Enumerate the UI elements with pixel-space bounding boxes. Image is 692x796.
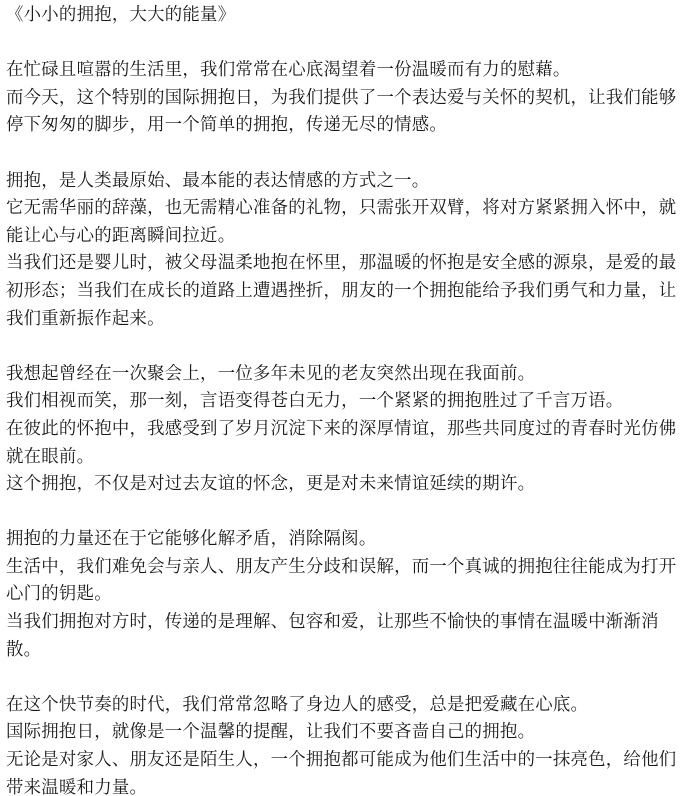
text-line: 拥抱，是人类最原始、最本能的表达情感的方式之一。 bbox=[6, 168, 688, 196]
paragraph-1: 在忙碌且喧嚣的生活里，我们常常在心底渴望着一份温暖而有力的慰藉。 而今天，这个特… bbox=[6, 57, 688, 140]
text-line: 无论是对家人、朋友还是陌生人，一个拥抱都可能成为他们生活中的一抹亮色，给他们 bbox=[6, 747, 688, 775]
text-line: 这个拥抱，不仅是对过去友谊的怀念，更是对未来情谊延续的期许。 bbox=[6, 471, 688, 499]
text-line: 当我们还是婴儿时，被父母温柔地抱在怀里，那温暖的怀抱是安全感的源泉，是爱的最 bbox=[6, 250, 688, 278]
text-line: 带来温暖和力量。 bbox=[6, 775, 688, 796]
text-line: 散。 bbox=[6, 637, 688, 665]
text-line: 心门的钥匙。 bbox=[6, 581, 688, 609]
text-line: 它无需华丽的辞藻，也无需精心准备的礼物，只需张开双臂，将对方紧紧拥入怀中，就 bbox=[6, 195, 688, 223]
paragraph-4: 拥抱的力量还在于它能够化解矛盾，消除隔阂。 生活中，我们难免会与亲人、朋友产生分… bbox=[6, 526, 688, 664]
spacer bbox=[6, 664, 688, 692]
paragraph-5: 在这个快节奏的时代，我们常常忽略了身边人的感受，总是把爱藏在心底。 国际拥抱日，… bbox=[6, 692, 688, 796]
spacer bbox=[6, 30, 688, 58]
text-line: 停下匆匆的脚步，用一个简单的拥抱，传递无尽的情感。 bbox=[6, 112, 688, 140]
paragraph-3: 我想起曾经在一次聚会上，一位多年未见的老友突然出现在我面前。 我们相视而笑，那一… bbox=[6, 361, 688, 499]
text-line: 在这个快节奏的时代，我们常常忽略了身边人的感受，总是把爱藏在心底。 bbox=[6, 692, 688, 720]
text-line: 而今天，这个特别的国际拥抱日，为我们提供了一个表达爱与关怀的契机，让我们能够 bbox=[6, 85, 688, 113]
text-line: 国际拥抱日，就像是一个温馨的提醒，让我们不要吝啬自己的拥抱。 bbox=[6, 719, 688, 747]
text-line: 就在眼前。 bbox=[6, 444, 688, 472]
text-line: 在彼此的怀抱中，我感受到了岁月沉淀下来的深厚情谊，那些共同度过的青春时光仿佛 bbox=[6, 416, 688, 444]
spacer bbox=[6, 333, 688, 361]
article: 《小小的拥抱，大大的能量》 在忙碌且喧嚣的生活里，我们常常在心底渴望着一份温暖而… bbox=[0, 0, 692, 796]
paragraph-2: 拥抱，是人类最原始、最本能的表达情感的方式之一。 它无需华丽的辞藻，也无需精心准… bbox=[6, 168, 688, 334]
text-line: 在忙碌且喧嚣的生活里，我们常常在心底渴望着一份温暖而有力的慰藉。 bbox=[6, 57, 688, 85]
text-line: 当我们拥抱对方时，传递的是理解、包容和爱，让那些不愉快的事情在温暖中渐渐消 bbox=[6, 609, 688, 637]
text-line: 我们相视而笑，那一刻，言语变得苍白无力，一个紧紧的拥抱胜过了千言万语。 bbox=[6, 388, 688, 416]
spacer bbox=[6, 140, 688, 168]
text-line: 拥抱的力量还在于它能够化解矛盾，消除隔阂。 bbox=[6, 526, 688, 554]
text-line: 初形态；当我们在成长的道路上遭遇挫折，朋友的一个拥抱能给予我们勇气和力量，让 bbox=[6, 278, 688, 306]
spacer bbox=[6, 499, 688, 527]
text-line: 我想起曾经在一次聚会上，一位多年未见的老友突然出现在我面前。 bbox=[6, 361, 688, 389]
text-line: 生活中，我们难免会与亲人、朋友产生分歧和误解，而一个真诚的拥抱往往能成为打开 bbox=[6, 554, 688, 582]
text-line: 我们重新振作起来。 bbox=[6, 306, 688, 334]
text-line: 能让心与心的距离瞬间拉近。 bbox=[6, 223, 688, 251]
article-title: 《小小的拥抱，大大的能量》 bbox=[6, 2, 688, 30]
